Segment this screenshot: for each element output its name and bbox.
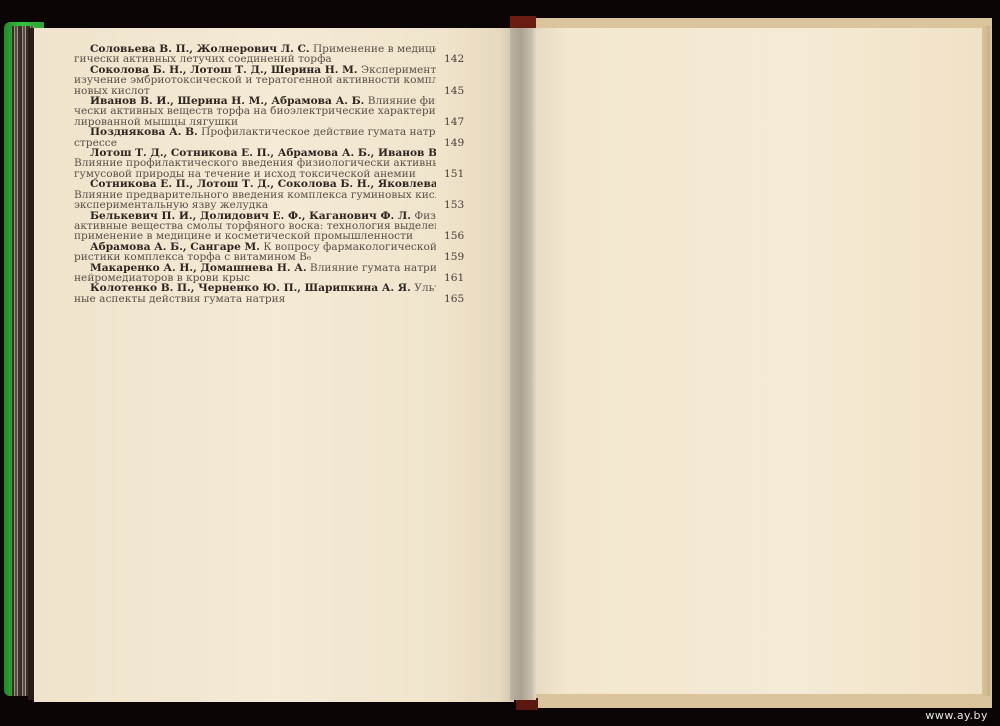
spine-top — [510, 16, 536, 28]
toc-entry: Абрамова А. Б., Сангаре М. К вопросу фар… — [74, 242, 476, 263]
toc-entry-heading: Абрамова А. Б., Сангаре М. К вопросу фар… — [74, 242, 436, 252]
toc-authors: Лотош Т. Д., Сотникова Е. П., Абрамова А… — [90, 148, 436, 158]
book-spread: Соловьева В. П., Жолнерович Л. С. Примен… — [0, 0, 1000, 726]
toc-page-number: 149 — [444, 138, 476, 148]
toc-page-number: 161 — [444, 273, 476, 283]
toc-title-line: гумусовой природы на течение и исход ток… — [74, 169, 436, 179]
toc-entry-heading: Иванов В. И., Шерина Н. М., Абрамова А. … — [74, 96, 436, 106]
toc-entry: Макаренко А. Н., Домашнева Н. А. Влияние… — [74, 263, 476, 284]
toc-authors: Колотенко В. П., Черненко Ю. П., Шарипки… — [90, 283, 411, 293]
toc-authors: Сотникова Е. П., Лотош Т. Д., Соколова Б… — [90, 179, 436, 189]
toc-title-line: новых кислот — [74, 86, 436, 96]
right-page-edge — [982, 26, 990, 696]
toc-page-number: 153 — [444, 200, 476, 210]
toc-page-number: 156 — [444, 231, 476, 241]
toc-title-line: изучение эмбриотоксической и тератогенно… — [74, 75, 436, 85]
watermark: www.ay.by — [925, 709, 988, 722]
toc-page-number: 147 — [444, 117, 476, 127]
toc-entry: Соловьева В. П., Жолнерович Л. С. Примен… — [74, 44, 476, 65]
toc-title: Ультраструктур- — [414, 283, 436, 293]
toc-title: К вопросу фармакологической характе- — [263, 242, 436, 252]
toc-entry-heading: Белькевич П. И., Долидович Е. Ф., Кагано… — [74, 211, 436, 221]
toc-entry: Лотош Т. Д., Сотникова Е. П., Абрамова А… — [74, 148, 476, 179]
toc-entry-heading: Позднякова А. В. Профилактическое действ… — [74, 127, 436, 137]
toc-entry-heading: Макаренко А. Н., Домашнева Н. А. Влияние… — [74, 263, 436, 273]
toc-entry: Колотенко В. П., Черненко Ю. П., Шарипки… — [74, 283, 476, 304]
toc-title: Влияние физиологи- — [368, 96, 436, 106]
right-page-blank — [534, 28, 982, 694]
toc-entry: Сотникова Е. П., Лотош Т. Д., Соколова Б… — [74, 179, 476, 210]
toc-title: Влияние гумата натрия на обмен — [310, 263, 436, 273]
toc-title-line: Влияние предварительного введения компле… — [74, 190, 436, 200]
toc-authors: Позднякова А. В. — [90, 127, 198, 137]
toc-page-number: 151 — [444, 169, 476, 179]
toc-page-number: 165 — [444, 294, 476, 304]
toc-page-number: 159 — [444, 252, 476, 262]
table-of-contents: Соловьева В. П., Жолнерович Л. С. Примен… — [74, 44, 476, 304]
toc-title-line: экспериментальную язву желудка — [74, 200, 436, 210]
toc-title-line: гически активных летучих соединений торф… — [74, 54, 436, 64]
toc-entry: Соколова Б. Н., Лотош Т. Д., Шерина Н. М… — [74, 65, 476, 96]
toc-title: Профилактическое действие гумата натрия … — [201, 127, 436, 137]
toc-title-line: стрессе — [74, 138, 436, 148]
toc-page-number: 145 — [444, 86, 476, 96]
toc-entry-heading: Колотенко В. П., Черненко Ю. П., Шарипки… — [74, 283, 436, 293]
toc-authors: Соловьева В. П., Жолнерович Л. С. — [90, 44, 310, 54]
toc-authors: Макаренко А. Н., Домашнева Н. А. — [90, 263, 307, 273]
toc-entry-heading: Соколова Б. Н., Лотош Т. Д., Шерина Н. М… — [74, 65, 436, 75]
toc-authors: Белькевич П. И., Долидович Е. Ф., Кагано… — [90, 211, 411, 221]
toc-title-line: активные вещества смолы торфяного воска:… — [74, 221, 436, 231]
toc-title-line: ные аспекты действия гумата натрия — [74, 294, 436, 304]
toc-entry: Позднякова А. В. Профилактическое действ… — [74, 127, 476, 148]
book-gutter — [510, 28, 536, 700]
toc-title: Применение в медицине биоло- — [313, 44, 436, 54]
toc-entry-heading: Соловьева В. П., Жолнерович Л. С. Примен… — [74, 44, 436, 54]
toc-title: Физиологически — [414, 211, 436, 221]
toc-entry: Иванов В. И., Шерина Н. М., Абрамова А. … — [74, 96, 476, 127]
toc-title-line: нейромедиаторов в крови крыс — [74, 273, 436, 283]
toc-title: Экспериментальное — [361, 65, 436, 75]
toc-title-line: лированной мышцы лягушки — [74, 117, 436, 127]
toc-authors: Иванов В. И., Шерина Н. М., Абрамова А. … — [90, 96, 364, 106]
toc-title-line: чески активных веществ торфа на биоэлект… — [74, 106, 436, 116]
toc-page-number: 142 — [444, 54, 476, 64]
toc-title-line: ристики комплекса торфа с витамином B₆ — [74, 252, 436, 262]
toc-title-line: применение в медицине и косметической пр… — [74, 231, 436, 241]
toc-entry-heading: Лотош Т. Д., Сотникова Е. П., Абрамова А… — [74, 148, 436, 158]
toc-entry-heading: Сотникова Е. П., Лотош Т. Д., Соколова Б… — [74, 179, 436, 189]
toc-authors: Соколова Б. Н., Лотош Т. Д., Шерина Н. М… — [90, 65, 358, 75]
toc-title-line: Влияние профилактического введения физио… — [74, 158, 436, 168]
toc-authors: Абрамова А. Б., Сангаре М. — [90, 242, 260, 252]
toc-entry: Белькевич П. И., Долидович Е. Ф., Кагано… — [74, 211, 476, 242]
